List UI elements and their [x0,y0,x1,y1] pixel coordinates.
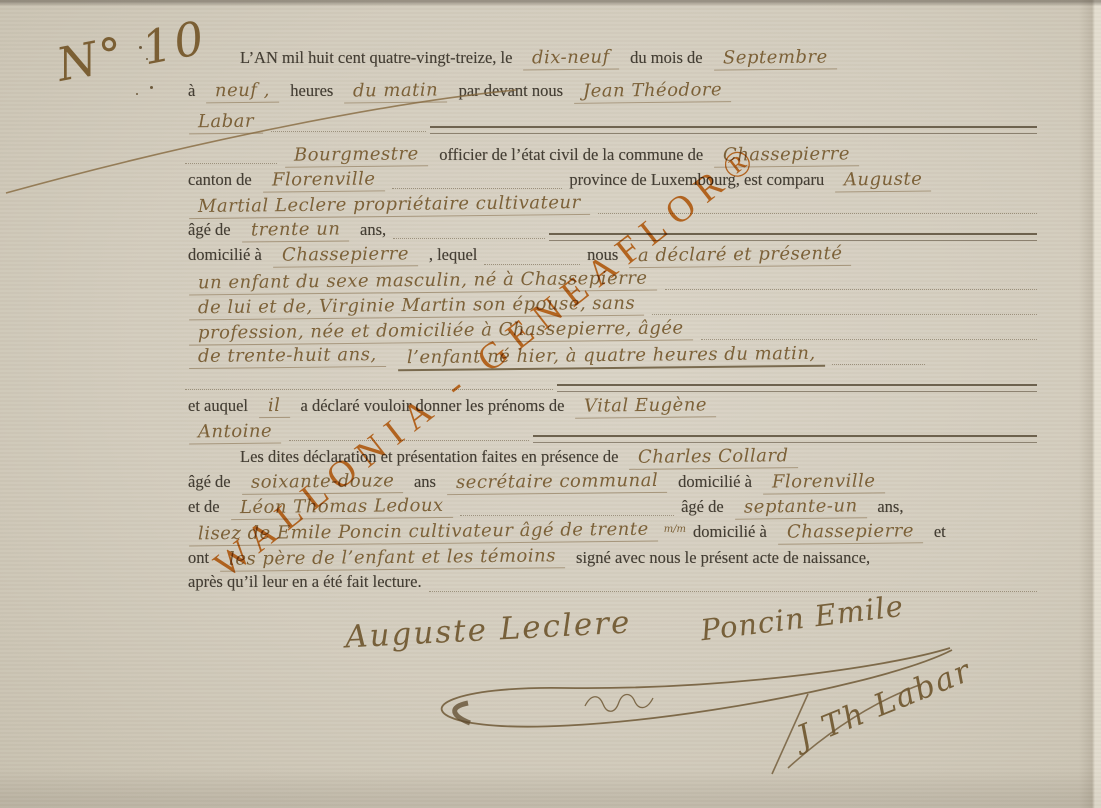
handwritten-text: trente un [241,219,349,243]
form-line: Labar [183,111,1039,136]
form-line: Antoine [183,421,1039,446]
printed-text: et auquel [188,396,248,416]
printed-text: , lequel [429,245,478,265]
form-line: de trente-huit ans,l’enfant né hier, à q… [183,345,1039,370]
printed-text: et [934,522,946,542]
blank-rule [652,314,1037,315]
heavy-rule [533,435,1037,443]
handwritten-text: il [259,395,290,418]
handwritten-text: Bourgmestre [285,143,428,167]
blank-rule [185,163,277,164]
printed-text: ans, [877,497,903,517]
printed-text: ans, [360,220,386,240]
printed-text: signé avec nous le présent acte de naiss… [576,548,870,568]
printed-text: domicilié à [188,245,262,265]
blank-rule [460,515,674,516]
printed-text: L’AN mil huit cent quatre-vingt-treize, … [240,48,512,68]
ink-speck [139,46,142,49]
ink-speck [150,86,153,89]
printed-text: ans [414,472,436,492]
form-line: et auquelila déclaré vouloir donner les … [183,395,1039,420]
printed-text: heures [290,81,333,101]
blank-rule [701,339,1037,340]
marginal-mark: m/m [664,524,686,535]
blank-rule [185,389,553,390]
signature-witness: Poncin Emile [699,589,906,648]
handwritten-text: Antoine [189,420,281,444]
printed-text: Les dites déclaration et présentation fa… [240,447,618,467]
form-line: Les dites déclaration et présentation fa… [183,446,1039,471]
handwritten-text: septante-un [735,495,867,519]
form-line: Bourgmestreofficier de l’état civil de l… [183,144,1039,169]
blank-rule [393,238,545,239]
handwritten-text: Martial Leclere propriétaire cultivateur [189,192,590,219]
signature-officer: J Th Labar [792,653,977,756]
handwritten-text: Chassepierre [778,521,923,546]
form-line [183,370,1039,395]
printed-text: par devant nous [459,81,563,101]
handwritten-text: Auguste [835,168,932,192]
form-line: après qu’il leur en a été fait lecture. [183,572,1039,597]
ink-speck [136,93,138,95]
handwritten-text: de trente-huit ans, [189,344,386,369]
printed-text: âgé de [188,220,231,240]
handwritten-text: secrétaire communal [447,470,667,495]
blank-rule [271,131,426,132]
printed-text: domicilié à [678,472,752,492]
handwritten-text: Florenville [763,470,885,494]
handwritten-text: profession, née et domiciliée à Chassepi… [189,317,693,345]
printed-text: domicilié à [693,522,767,542]
handwritten-text: Florenville [263,168,385,192]
document-scan: { "page": { "registry_number": "N° 10", … [0,0,1101,808]
blank-rule [484,264,580,265]
printed-text: et de [188,497,220,517]
form-line: àneuf ,heuresdu matinpar devant nousJean… [183,80,1039,105]
handwritten-text: du matin [344,80,447,104]
printed-text: ont [188,548,209,568]
handwritten-text: Jean Théodore [574,79,731,104]
handwritten-text: Labar [189,111,263,135]
form-line: L’AN mil huit cent quatre-vingt-treize, … [183,47,1039,72]
form-line: ontles père de l’enfant et les témoinssi… [183,547,1039,572]
blank-rule [392,188,562,189]
handwritten-text: neuf , [206,80,279,104]
handwritten-text: dix-neuf [523,46,619,70]
heavy-rule [557,384,1037,392]
printed-text: officier de l’état civil de la commune d… [439,145,703,165]
form-line: canton deFlorenvilleprovince de Luxembou… [183,169,1039,194]
blank-rule [429,591,1037,592]
printed-text: âgé de [681,497,724,517]
form-line: profession, née et domiciliée à Chassepi… [183,320,1039,345]
printed-text: du mois de [630,48,702,68]
handwritten-text: Vital Eugène [575,395,716,419]
handwritten-text: Septembre [713,46,836,70]
printed-text: âgé de [188,472,231,492]
blank-rule [665,289,1037,290]
printed-text: à [188,81,195,101]
blank-rule [832,364,925,365]
ink-speck [146,58,148,60]
handwritten-text: Chassepierre [273,244,418,269]
form-line: de lui et de, Virginie Martin son épouse… [183,295,1039,320]
form-line: Martial Leclere propriétaire cultivateur [183,194,1039,219]
heavy-rule [430,126,1037,134]
signature-declarant: Auguste Leclere [344,605,632,656]
printed-text: canton de [188,170,252,190]
handwritten-text: Charles Collard [629,445,798,470]
